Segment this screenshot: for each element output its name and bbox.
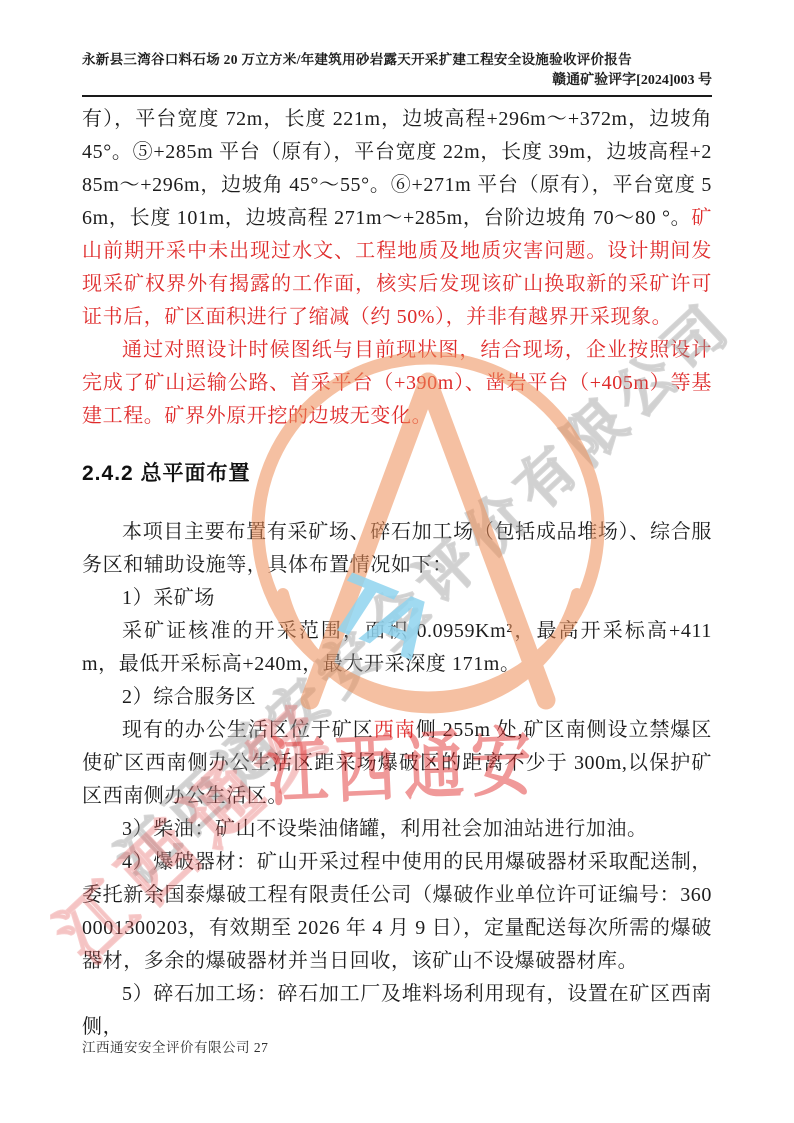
item1-title: 1）采矿场 xyxy=(82,582,712,615)
item3-text: 3）柴油：矿山不设柴油储罐，利用社会加油站进行加油。 xyxy=(82,813,712,846)
document-body: 有），平台宽度 72m，长度 221m，边坡高程+296m～+372m，边坡角 … xyxy=(82,103,712,1044)
section-heading: 2.4.2 总平面布置 xyxy=(82,457,712,490)
footer-page-number: 27 xyxy=(254,1040,269,1055)
item4-text: 4）爆破器材：矿山开采过程中使用的民用爆破器材采取配送制，委托新余国泰爆破工程有… xyxy=(82,846,712,978)
item2-title: 2）综合服务区 xyxy=(82,681,712,714)
document-page: 江西通安安全评价有限公司 江西通安 TA 江西通安 永新县三湾谷口料石场 20 … xyxy=(0,0,794,1123)
item2-text-southwest-red: 西南 xyxy=(374,719,416,741)
footer-company: 江西通安安全评价有限公司 xyxy=(82,1040,250,1055)
paragraph-platform-continued: 有），平台宽度 72m，长度 221m，边坡高程+296m～+372m，边坡角 … xyxy=(82,103,712,334)
platform-text-black: 有），平台宽度 72m，长度 221m，边坡高程+296m～+372m，边坡角 … xyxy=(82,108,712,229)
item2-text: 现有的办公生活区位于矿区西南侧 255m 处,矿区南侧设立禁爆区使矿区西南侧办公… xyxy=(82,714,712,813)
item2-text-pre: 现有的办公生活区位于矿区 xyxy=(122,719,374,741)
page-header: 永新县三湾谷口料石场 20 万立方米/年建筑用砂岩露天开采扩建工程安全设施验收评… xyxy=(82,50,712,97)
paragraph-layout-intro: 本项目主要布置有采矿场、碎石加工场（包括成品堆场）、综合服务区和辅助设施等，具体… xyxy=(82,516,712,582)
paragraph-asbuilt-red: 通过对照设计时候图纸与目前现状图，结合现场，企业按照设计完成了矿山运输公路、首采… xyxy=(82,334,712,433)
report-title: 永新县三湾谷口料石场 20 万立方米/年建筑用砂岩露天开采扩建工程安全设施验收评… xyxy=(82,50,712,69)
page-footer: 江西通安安全评价有限公司 27 xyxy=(82,1036,268,1056)
item1-text: 采矿证核准的开采范围，面积 0.0959Km²，最高开采标高+411m，最低开采… xyxy=(82,615,712,681)
item5-text: 5）碎石加工场：碎石加工厂及堆料场利用现有，设置在矿区西南侧， xyxy=(82,978,712,1044)
doc-number: 赣通矿验评字[2024]003 号 xyxy=(82,71,712,90)
